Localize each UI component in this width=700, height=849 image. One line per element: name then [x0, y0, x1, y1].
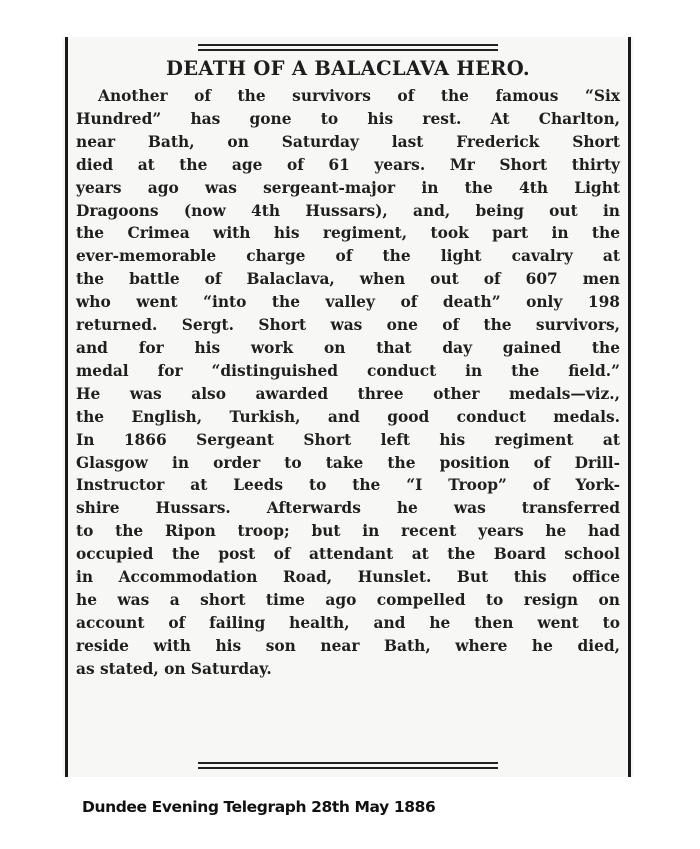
column-rule-right	[628, 37, 631, 777]
article-line: and for his work on that day gained the	[76, 337, 620, 360]
article-line: reside with his son near Bath, where he …	[76, 635, 620, 658]
article-line: Dragoons (now 4th Hussars), and, being o…	[76, 200, 620, 223]
article-line: He was also awarded three other medals—v…	[76, 383, 620, 406]
article-line: ever-memorable charge of the light caval…	[76, 245, 620, 268]
article-line: occupied the post of attendant at the Bo…	[76, 543, 620, 566]
headline: DEATH OF A BALACLAVA HERO.	[62, 57, 634, 80]
article-line: shire Hussars. Afterwards he was transfe…	[76, 497, 620, 520]
article-body: Another of the survivors of the famous “…	[76, 85, 620, 681]
article-line: he was a short time ago compelled to res…	[76, 589, 620, 612]
article-line: the Crimea with his regiment, took part …	[76, 222, 620, 245]
article-line: the battle of Balaclava, when out of 607…	[76, 268, 620, 291]
article-line: medal for “distinguished conduct in the …	[76, 360, 620, 383]
article-line: who went “into the valley of death” only…	[76, 291, 620, 314]
article-line: Hundred” has gone to his rest. At Charlt…	[76, 108, 620, 131]
top-double-rule	[198, 44, 498, 51]
newspaper-clipping: DEATH OF A BALACLAVA HERO. Another of th…	[62, 37, 634, 777]
article-line: died at the age of 61 years. Mr Short th…	[76, 154, 620, 177]
article-line: in Accommodation Road, Hunslet. But this…	[76, 566, 620, 589]
column-rule-left	[65, 37, 68, 777]
article-line: Another of the survivors of the famous “…	[76, 85, 620, 108]
article-line: In 1866 Sergeant Short left his regiment…	[76, 429, 620, 452]
bottom-double-rule	[198, 762, 498, 769]
article-line: to the Ripon troop; but in recent years …	[76, 520, 620, 543]
article-line: Instructor at Leeds to the “I Troop” of …	[76, 474, 620, 497]
article-line: the English, Turkish, and good conduct m…	[76, 406, 620, 429]
article-line: account of failing health, and he then w…	[76, 612, 620, 635]
article-line: Glasgow in order to take the position of…	[76, 452, 620, 475]
article-line: as stated, on Saturday.	[76, 658, 620, 681]
article-line: near Bath, on Saturday last Frederick Sh…	[76, 131, 620, 154]
article-line: years ago was sergeant-major in the 4th …	[76, 177, 620, 200]
article-line: returned. Sergt. Short was one of the su…	[76, 314, 620, 337]
source-caption: Dundee Evening Telegraph 28th May 1886	[82, 798, 435, 816]
